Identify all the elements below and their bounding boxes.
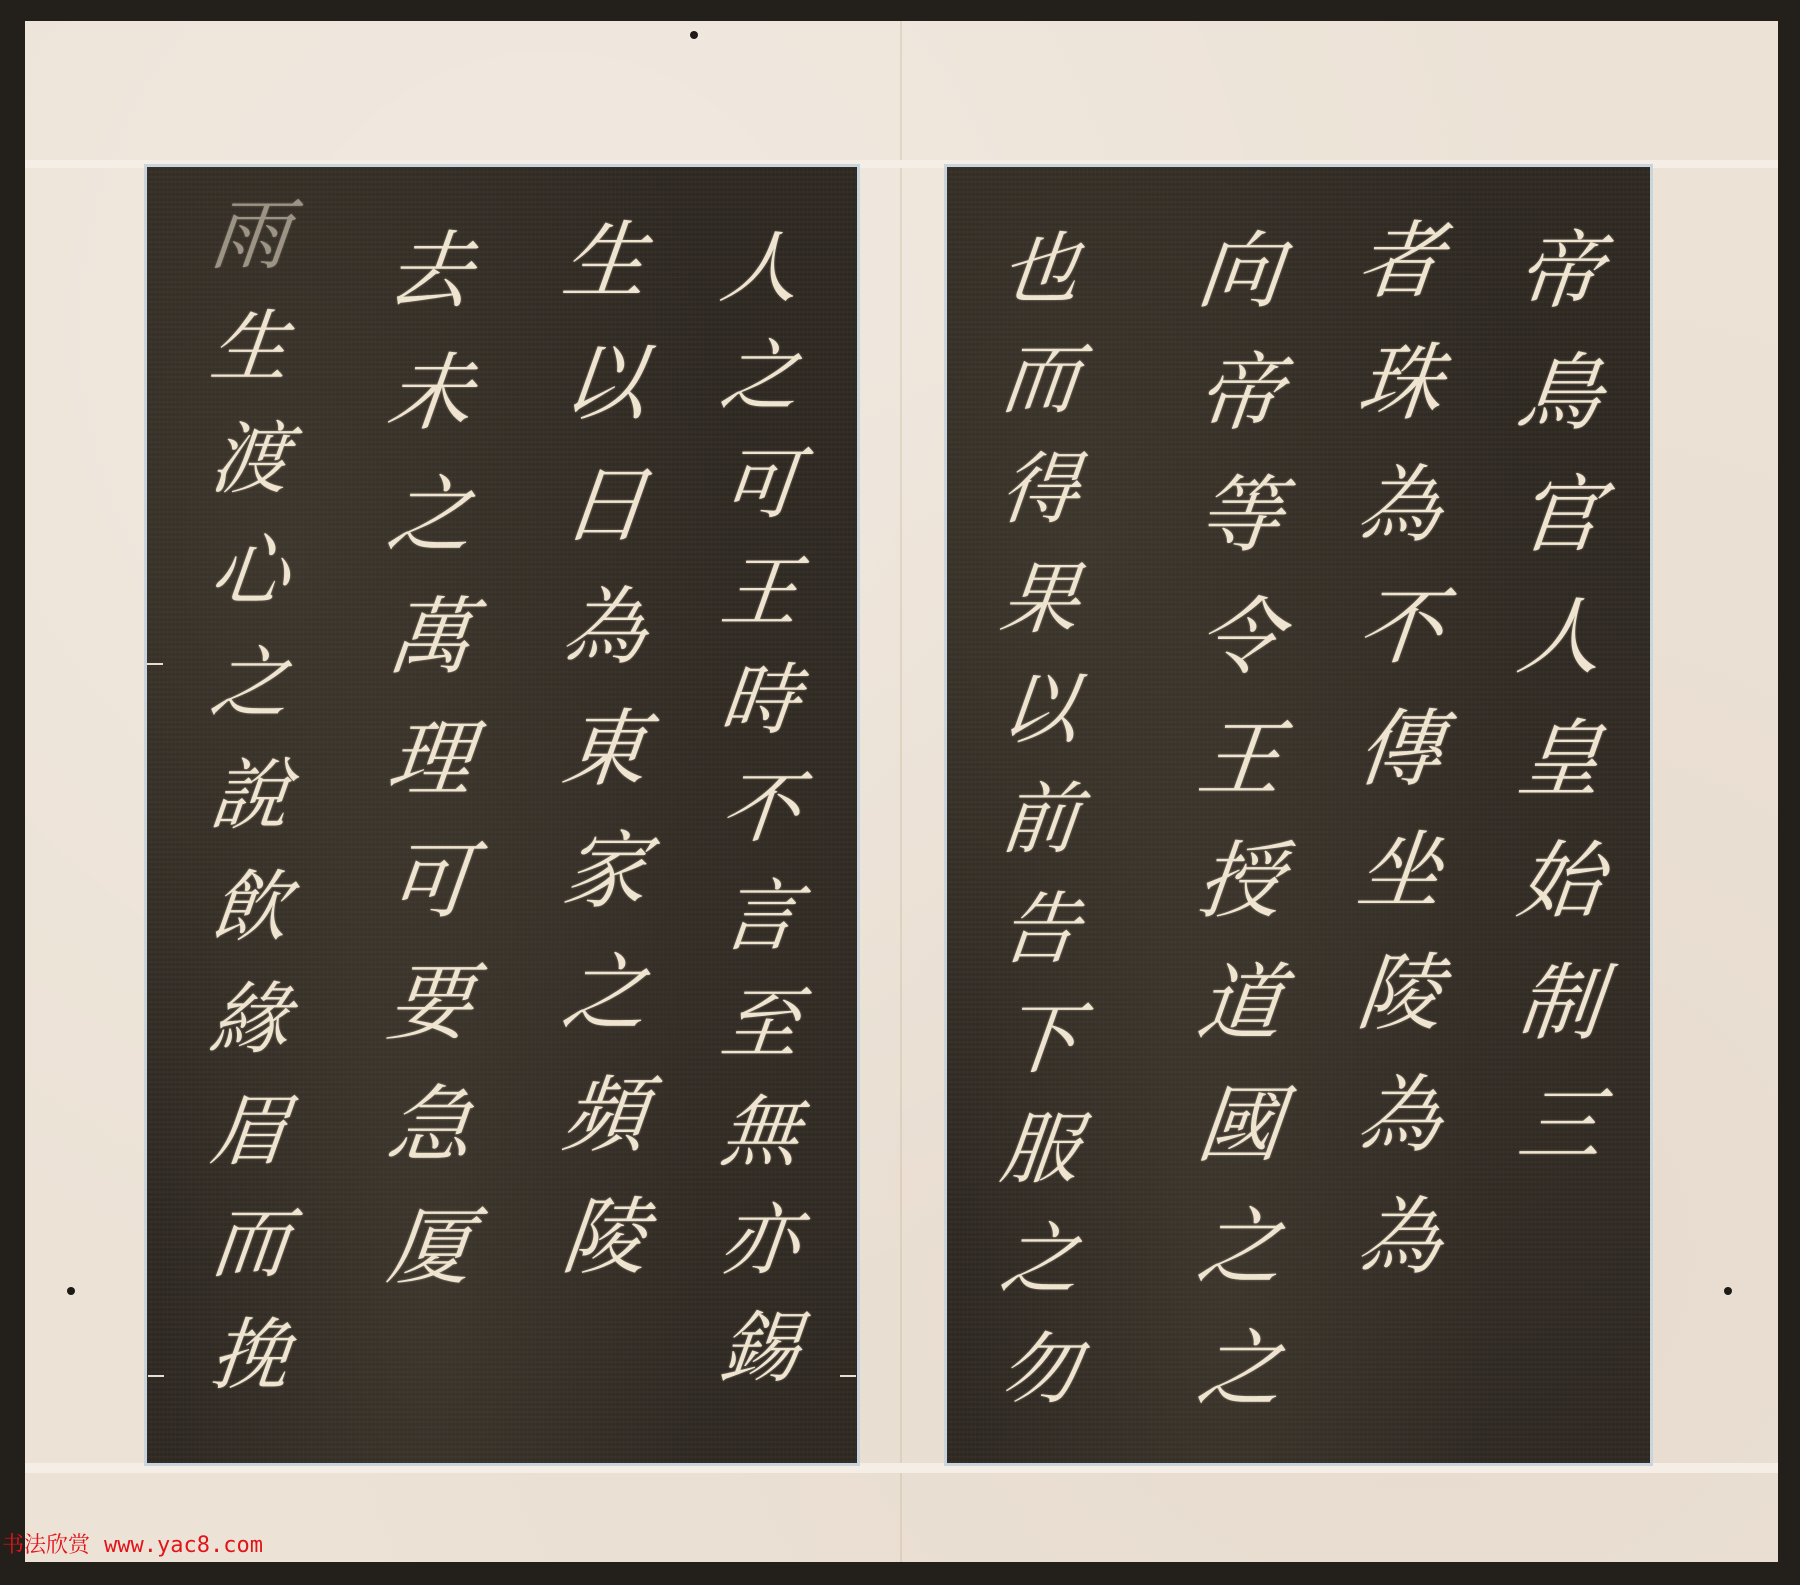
glyph: 令: [1192, 576, 1289, 698]
glyph: 挽: [205, 1300, 295, 1412]
glyph: 坐: [1352, 810, 1449, 932]
mount-strip-bottom: [25, 1463, 1778, 1473]
glyph: 為: [1352, 1176, 1449, 1298]
glyph: 之: [205, 628, 295, 740]
right-panel-column-1: 帝 鳥 官 人 皇 始 制 三: [1505, 210, 1615, 1186]
glyph: 緣: [205, 964, 295, 1076]
glyph: 前: [995, 765, 1085, 875]
glyph: 日: [557, 444, 654, 566]
glyph: 說: [205, 740, 295, 852]
site-watermark: 书法欣赏www.yac8.com: [2, 1528, 263, 1559]
left-panel-column-1: 人 之 可 王 時 不 言 至 無 亦 錫: [700, 215, 820, 1403]
glyph: 官: [1512, 454, 1609, 576]
glyph: 之: [382, 454, 479, 576]
glyph: 服: [995, 1095, 1085, 1205]
glyph: 不: [1352, 566, 1449, 688]
paper-mark-dot: [67, 1287, 75, 1295]
glyph: 制: [1512, 942, 1609, 1064]
glyph: 渡: [205, 404, 295, 516]
paper-mark-dot: [1724, 1287, 1732, 1295]
edge-tick: [148, 1375, 164, 1377]
glyph: 為: [557, 566, 654, 688]
right-panel-column-4: 也 而 得 果 以 前 告 下 服 之 勿: [975, 215, 1105, 1425]
glyph: 厦: [382, 1186, 479, 1308]
glyph: 雨: [205, 180, 295, 292]
glyph: 之: [557, 932, 654, 1054]
left-panel-column-2: 生 以 日 為 東 家 之 頻 陵: [540, 200, 670, 1298]
left-panel-column-4: 雨 生 渡 心 之 說 飲 緣 眉 而 挽: [190, 180, 310, 1412]
glyph: 以: [995, 655, 1085, 765]
glyph: 得: [995, 435, 1085, 545]
glyph: 去: [382, 210, 479, 332]
right-panel-column-2: 者 珠 為 不 傳 坐 陵 為 為: [1340, 200, 1460, 1298]
glyph: 道: [1192, 942, 1289, 1064]
glyph: 三: [1512, 1064, 1609, 1186]
glyph: 人: [715, 215, 804, 323]
glyph: 以: [557, 322, 654, 444]
glyph: 至: [715, 971, 804, 1079]
glyph: 之: [995, 1205, 1085, 1315]
glyph: 理: [382, 698, 479, 820]
glyph: 言: [715, 863, 804, 971]
glyph: 急: [382, 1064, 479, 1186]
glyph: 萬: [382, 576, 479, 698]
glyph: 錫: [715, 1295, 804, 1403]
glyph: 而: [995, 325, 1085, 435]
glyph: 為: [1352, 1054, 1449, 1176]
glyph: 也: [995, 215, 1085, 325]
glyph: 下: [995, 985, 1085, 1095]
glyph: 生: [557, 200, 654, 322]
edge-tick: [147, 663, 163, 665]
glyph: 國: [1192, 1064, 1289, 1186]
glyph: 果: [995, 545, 1085, 655]
glyph: 可: [715, 431, 804, 539]
glyph: 生: [205, 292, 295, 404]
glyph: 時: [715, 647, 804, 755]
glyph: 帝: [1512, 210, 1609, 332]
glyph: 無: [715, 1079, 804, 1187]
glyph: 飲: [205, 852, 295, 964]
glyph: 傳: [1352, 688, 1449, 810]
glyph: 王: [1192, 698, 1289, 820]
glyph: 亦: [715, 1187, 804, 1295]
glyph: 等: [1192, 454, 1289, 576]
glyph: 可: [382, 820, 479, 942]
glyph: 東: [557, 688, 654, 810]
glyph: 之: [715, 323, 804, 431]
watermark-url: www.yac8.com: [104, 1533, 263, 1558]
glyph: 授: [1192, 820, 1289, 942]
glyph: 者: [1352, 200, 1449, 322]
glyph: 向: [1192, 210, 1289, 332]
glyph: 眉: [205, 1076, 295, 1188]
left-panel-column-3: 去 未 之 萬 理 可 要 急 厦: [365, 210, 495, 1308]
edge-tick: [840, 1375, 856, 1377]
glyph: 心: [205, 516, 295, 628]
glyph: 珠: [1352, 322, 1449, 444]
glyph: 人: [1512, 576, 1609, 698]
right-panel-column-3: 向 帝 等 令 王 授 道 國 之 之: [1175, 210, 1305, 1430]
center-fold: [900, 21, 902, 1562]
glyph: 家: [557, 810, 654, 932]
glyph: 陵: [1352, 932, 1449, 1054]
glyph: 告: [995, 875, 1085, 985]
glyph: 未: [382, 332, 479, 454]
glyph: 皇: [1512, 698, 1609, 820]
watermark-site-name: 书法欣赏: [2, 1533, 90, 1558]
glyph: 不: [715, 755, 804, 863]
glyph: 鳥: [1512, 332, 1609, 454]
glyph: 勿: [995, 1315, 1085, 1425]
glyph: 之: [1192, 1186, 1289, 1308]
glyph: 頻: [557, 1054, 654, 1176]
glyph: 王: [715, 539, 804, 647]
glyph: 帝: [1192, 332, 1289, 454]
glyph: 之: [1192, 1308, 1289, 1430]
glyph: 始: [1512, 820, 1609, 942]
paper-mark-dot: [690, 31, 698, 39]
glyph: 為: [1352, 444, 1449, 566]
glyph: 陵: [557, 1176, 654, 1298]
glyph: 要: [382, 942, 479, 1064]
glyph: 而: [205, 1188, 295, 1300]
